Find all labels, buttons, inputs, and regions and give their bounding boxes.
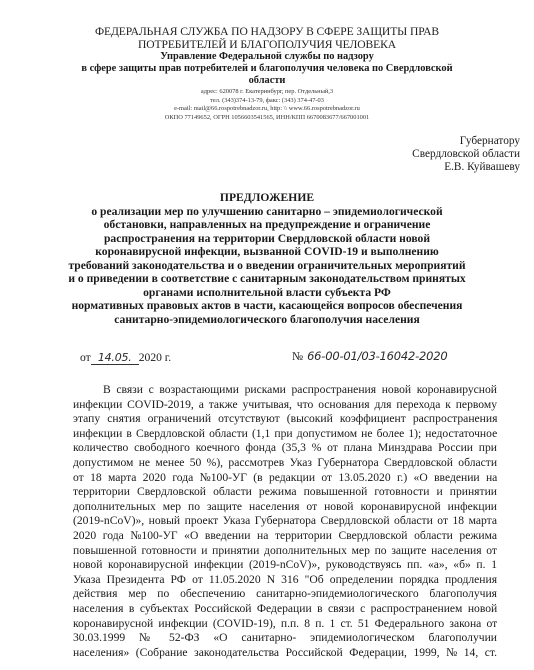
registration-codes-line: ОКПО 77149652, ОГРН 1056603541565, ИНН/К…	[0, 114, 534, 123]
body-line: количество свободного коечного фонда (35…	[73, 441, 497, 456]
date-suffix: 2020 г.	[139, 351, 171, 364]
phone-line: тел. (343)374-13-79, факс: (343) 374-47-…	[0, 97, 534, 106]
body-line: (2019-nCoV)», новый проект Указа Губерна…	[73, 514, 497, 529]
document-date: от14.05.2020 г.	[80, 351, 171, 365]
body-line: 2020 года №100-УГ «О введении на террито…	[73, 529, 497, 544]
document-page: ФЕДЕРАЛЬНАЯ СЛУЖБА ПО НАДЗОРУ В СФЕРЕ ЗА…	[0, 0, 534, 670]
recipient-block: Губернатору Свердловской области Е.В. Ку…	[380, 135, 520, 175]
department-line2: в сфере защиты прав потребителей и благо…	[0, 63, 534, 75]
recipient-title: Губернатору	[380, 135, 520, 148]
title-line: обстановки, направленных на предупрежден…	[0, 218, 534, 232]
department-line3: области	[0, 75, 534, 87]
title-line: санитарно-эпидемиологического благополуч…	[0, 313, 534, 327]
address-line: адрес: 620078 г. Екатеринбург, пер. Отде…	[0, 88, 534, 97]
document-number: №66-00-01/03-16042-2020	[292, 349, 448, 363]
body-line: Указа Президента РФ от 11.05.2020 N 316 …	[73, 573, 497, 588]
email-line: e-mail: mail@66.rospotrebnadzor.ru, http…	[0, 105, 534, 114]
body-line: от 18 марта 2020 года №100-УГ (в редакци…	[73, 471, 497, 486]
body-line: 30.03.1999 № 52-ФЗ «О санитарно- эпидеми…	[73, 631, 497, 646]
body-line: повышенной готовности и принятии дополни…	[73, 544, 497, 559]
body-line: новой коронавирусной инфекции (2019-nCoV…	[73, 558, 497, 573]
title-line: органами исполнительной власти субъекта …	[0, 286, 534, 300]
title-line: коронавирусной инфекции, вызванной COVID…	[0, 245, 534, 259]
body-line: действия мер по обеспечению санитарно-эп…	[73, 587, 497, 602]
department-line1: Управление Федеральной службы по надзору	[0, 51, 534, 63]
body-line: инфекции в Свердловской области (1,1 при…	[73, 427, 497, 442]
body-line: этапу снятия ограничений отсутствуют (вы…	[73, 412, 497, 427]
body-line: инфекции COVID-2019, а также учитывая, ч…	[73, 398, 497, 413]
document-heading: ПРЕДЛОЖЕНИЕ	[0, 191, 534, 205]
title-line: и о приведении в соответствие с санитарн…	[0, 272, 534, 286]
body-line: населения» (Собрание законодательства Ро…	[73, 646, 497, 661]
body-line: коронавирусной инфекции (COVID-19), п.п.…	[73, 617, 497, 632]
agency-name-line1: ФЕДЕРАЛЬНАЯ СЛУЖБА ПО НАДЗОРУ В СФЕРЕ ЗА…	[0, 25, 534, 38]
body-line: территории Свердловской области режима п…	[73, 485, 497, 500]
body-line: населения в субъектах Российской Федерац…	[73, 602, 497, 617]
number-prefix: №	[292, 350, 303, 363]
body-line: В связи с возрастающими рисками распрост…	[73, 383, 497, 398]
body-line: дополнительных мер по защите населения о…	[73, 500, 497, 515]
document-title-block: ПРЕДЛОЖЕНИЕ о реализации мер по улучшени…	[0, 191, 534, 326]
body-paragraph: В связи с возрастающими рисками распрост…	[73, 383, 497, 660]
agency-name-line2: ПОТРЕБИТЕЛЕЙ И БЛАГОПОЛУЧИЯ ЧЕЛОВЕКА	[0, 38, 534, 51]
title-line: требований законодательства и о введении…	[0, 259, 534, 273]
number-handwritten: 66-00-01/03-16042-2020	[307, 349, 447, 363]
date-handwritten: 14.05.	[91, 351, 139, 365]
title-line: распространения на территории Свердловск…	[0, 232, 534, 246]
title-line: нормативных правовых актов в части, каса…	[0, 299, 534, 313]
title-line: о реализации мер по улучшению санитарно …	[0, 205, 534, 219]
date-prefix: от	[80, 351, 91, 364]
recipient-region: Свердловской области	[380, 148, 520, 161]
body-line: допустимом не менее 50 %), рассмотрев Ук…	[73, 456, 497, 471]
recipient-name: Е.В. Куйвашеву	[380, 161, 520, 174]
